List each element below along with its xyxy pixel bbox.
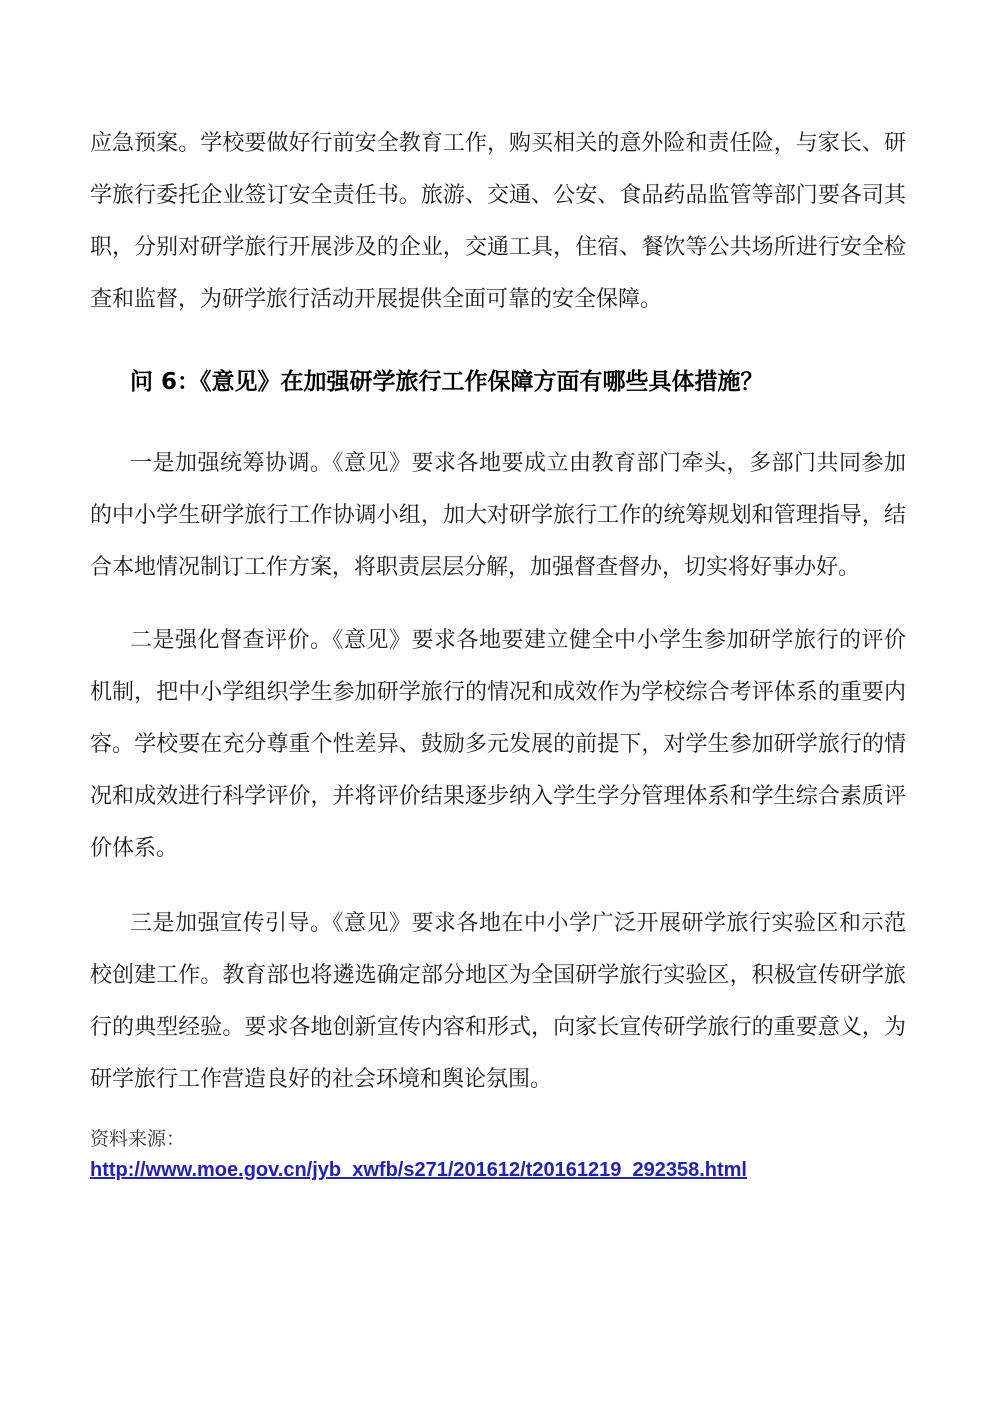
question-6-heading: 问 6：《意见》在加强研学旅行工作保障方面有哪些具体措施？ xyxy=(90,356,906,408)
paragraph-point-3-publicity: 三是加强宣传引导。《意见》要求各地在中小学广泛开展研学旅行实验区和示范校创建工作… xyxy=(90,898,906,1106)
paragraph-point-2-evaluation: 二是强化督查评价。《意见》要求各地要建立健全中小学生参加研学旅行的评价机制，把中… xyxy=(90,615,906,875)
source-label: 资料来源： xyxy=(90,1125,906,1153)
paragraph-point-1-coordination: 一是加强统筹协调。《意见》要求各地要成立由教育部门牵头，多部门共同参加的中小学生… xyxy=(90,438,906,594)
document-page: 应急预案。学校要做好行前安全教育工作，购买相关的意外险和责任险，与家长、研学旅行… xyxy=(0,0,992,1403)
document-content: 应急预案。学校要做好行前安全教育工作，购买相关的意外险和责任险，与家长、研学旅行… xyxy=(90,118,906,1185)
paragraph-safety-continuation: 应急预案。学校要做好行前安全教育工作，购买相关的意外险和责任险，与家长、研学旅行… xyxy=(90,118,906,326)
source-link[interactable]: http://www.moe.gov.cn/jyb_xwfb/s271/2016… xyxy=(90,1155,747,1185)
